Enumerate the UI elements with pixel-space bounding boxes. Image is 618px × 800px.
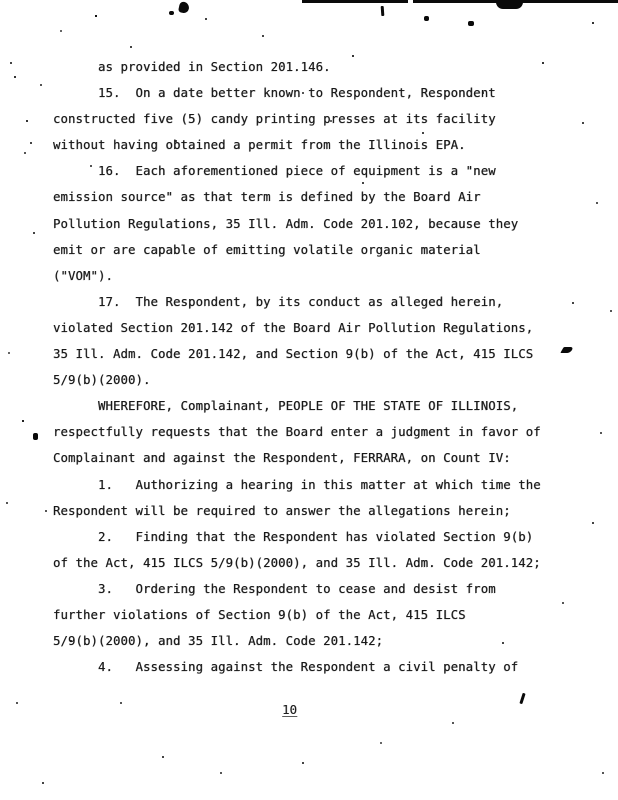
page-number: 10 — [282, 702, 297, 717]
margin-ink-dot — [33, 433, 38, 440]
ink-dot — [424, 16, 429, 21]
text-line: 3. Ordering the Respondent to cease and … — [53, 576, 593, 602]
text-line: WHEREFORE, Complainant, PEOPLE OF THE ST… — [53, 393, 593, 419]
ink-dot — [468, 21, 474, 26]
text-line: ("VOM"). — [53, 263, 593, 289]
text-line: constructed five (5) candy printing pres… — [53, 106, 593, 132]
text-line: respectfully requests that the Board ent… — [53, 419, 593, 445]
text-line: 15. On a date better known to Respondent… — [53, 80, 593, 106]
scan-edge-blob — [496, 0, 523, 9]
text-line: 2. Finding that the Respondent has viola… — [53, 524, 593, 550]
text-line: emit or are capable of emitting volatile… — [53, 237, 593, 263]
text-line: as provided in Section 201.146. — [53, 54, 593, 80]
text-line: emission source" as that term is defined… — [53, 184, 593, 210]
ink-tick — [381, 6, 385, 16]
text-line: Complainant and against the Respondent, … — [53, 445, 593, 471]
text-line: without having obtained a permit from th… — [53, 132, 593, 158]
ink-dot — [169, 11, 174, 15]
ink-stroke — [519, 693, 525, 704]
document-body: as provided in Section 201.146. 15. On a… — [53, 54, 593, 680]
text-line: 5/9(b)(2000). — [53, 367, 593, 393]
text-line: further violations of Section 9(b) of th… — [53, 602, 593, 628]
ink-blob — [178, 1, 190, 14]
scanned-document-page: as provided in Section 201.146. 15. On a… — [0, 0, 618, 800]
text-line: Pollution Regulations, 35 Ill. Adm. Code… — [53, 211, 593, 237]
text-line: of the Act, 415 ILCS 5/9(b)(2000), and 3… — [53, 550, 593, 576]
text-line: Respondent will be required to answer th… — [53, 498, 593, 524]
text-line: violated Section 201.142 of the Board Ai… — [53, 315, 593, 341]
text-line: 4. Assessing against the Respondent a ci… — [53, 654, 593, 680]
text-line: 1. Authorizing a hearing in this matter … — [53, 472, 593, 498]
text-line: 5/9(b)(2000), and 35 Ill. Adm. Code 201.… — [53, 628, 593, 654]
scan-noise-speckles — [0, 0, 2, 2]
scan-edge-bar — [302, 0, 408, 3]
text-line: 17. The Respondent, by its conduct as al… — [53, 289, 593, 315]
text-line: 35 Ill. Adm. Code 201.142, and Section 9… — [53, 341, 593, 367]
text-line: 16. Each aforementioned piece of equipme… — [53, 158, 593, 184]
